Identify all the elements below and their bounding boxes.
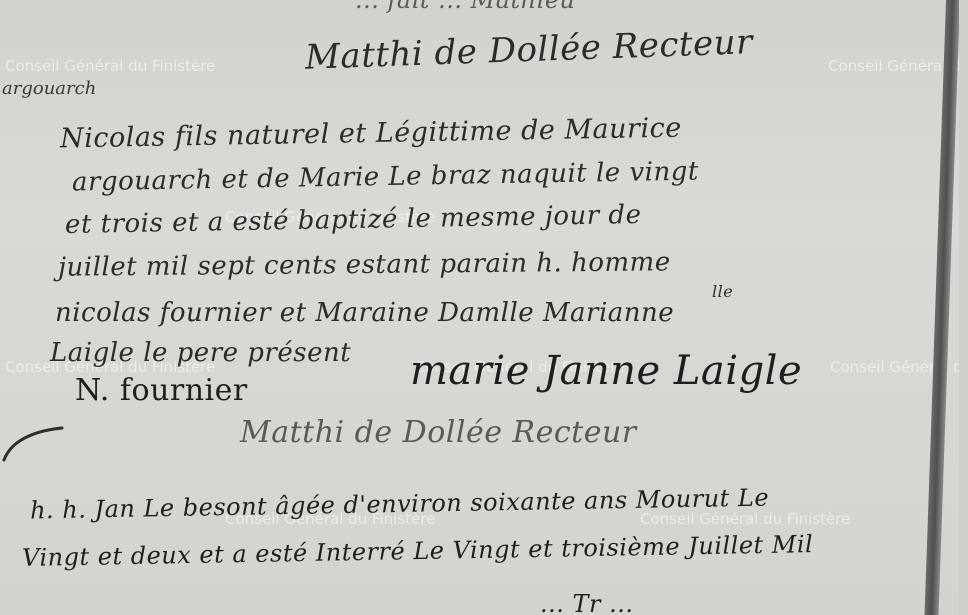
signature-fournier: N. fournier (75, 373, 248, 408)
entry2-line-2: Vingt et deux et a esté Interré Le Vingt… (22, 530, 814, 572)
entry1-line-2: argouarch et de Marie Le braz naquit le … (72, 157, 699, 198)
entry1-line-4: juillet mil sept cents estant parain h. … (58, 247, 671, 282)
signature-recteur-entry1: Matthi de Dollée Recteur (240, 415, 637, 450)
margin-note-surname: argouarch (2, 78, 96, 99)
entry1-line-6: Laigle le pere présent (50, 338, 351, 368)
page-binding-edge (925, 0, 960, 615)
partial-top-line: ... fait ... Mathieu (355, 0, 576, 14)
page-outer-margin (959, 0, 968, 615)
entry1-superscript: lle (712, 282, 733, 301)
signature-recteur-top: Matthi de Dollée Recteur (304, 22, 753, 78)
entry1-line-3: et trois et a esté baptizé le mesme jour… (65, 200, 642, 240)
entry2-line-3: ... Tr ... (540, 590, 634, 615)
margin-flourish (0, 420, 70, 470)
entry1-line-5: nicolas fournier et Maraine Damlle Maria… (55, 298, 674, 328)
entry2-line-1: h. h. Jan Le besont âgée d'environ soixa… (30, 484, 769, 525)
register-page: Conseil Général du Finistère Conseil Gén… (0, 0, 968, 615)
entry1-line-1: Nicolas fils naturel et Légittime de Mau… (60, 113, 682, 155)
watermark: Conseil Général du Finistère (5, 57, 215, 75)
signature-laigle: marie Janne Laigle (410, 348, 802, 394)
